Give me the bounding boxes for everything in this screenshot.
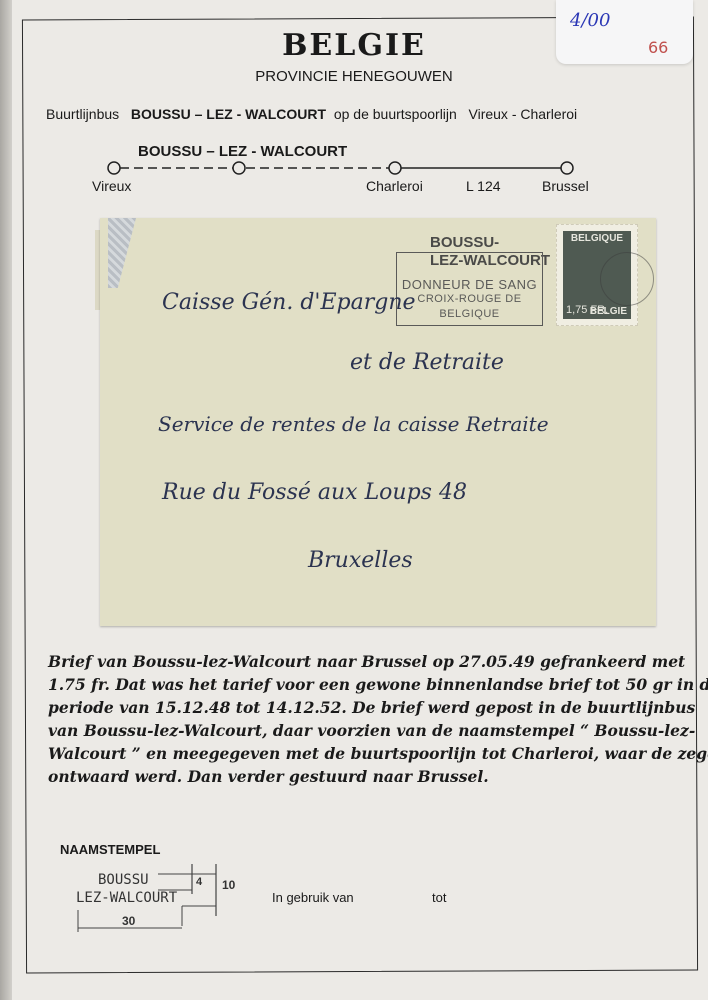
dim-height-small: 4 <box>196 876 202 888</box>
description-line: Walcourt ” en meegegeven met de buurtspo… <box>48 742 698 765</box>
album-binder-edge <box>0 0 12 1000</box>
slogan-line-2: CROIX-ROUGE DE BELGIQUE <box>397 292 542 322</box>
route-diagram <box>100 158 580 178</box>
address-line-1: Caisse Gén. d'Epargne <box>162 290 416 315</box>
line-label: L 124 <box>466 178 501 194</box>
dim-width: 30 <box>122 914 135 928</box>
address-line-4: Rue du Fossé aux Loups 48 <box>162 480 467 505</box>
page-title: BELGIE <box>0 28 708 63</box>
stamp-country-top: BELGIQUE <box>563 233 631 244</box>
slogan-line-1: DONNEUR DE SANG <box>397 277 542 292</box>
station-charleroi: Charleroi <box>366 178 423 194</box>
route-middle: op de buurtspoorlijn <box>334 106 457 122</box>
dim-height-total: 10 <box>222 878 235 892</box>
route-description: Buurtlijnbus BOUSSU – LEZ - WALCOURT op … <box>46 106 577 122</box>
station-vireux: Vireux <box>92 178 131 194</box>
description-line: Brief van Boussu-lez-Walcourt naar Bruss… <box>48 650 698 673</box>
circular-postmark <box>600 252 654 306</box>
description-line: periode van 15.12.48 tot 14.12.52. De br… <box>48 696 698 719</box>
until-label: tot <box>432 890 446 905</box>
description-text: Brief van Boussu-lez-Walcourt naar Bruss… <box>48 650 698 788</box>
address-line-2: et de Retraite <box>350 350 504 375</box>
naamstempel-diagram: BOUSSU LEZ-WALCOURT 4 10 30 <box>76 860 246 935</box>
dimension-lines <box>76 860 246 935</box>
cancel-town-line-1: BOUSSU- <box>430 234 550 252</box>
description-line: 1.75 fr. Dat was het tarief voor een gew… <box>48 673 698 696</box>
stamp-country-bottom: BELGIE <box>563 306 631 317</box>
in-use-label: In gebruik van <box>272 890 354 905</box>
address-line-3: Service de rentes de la caisse Retraite <box>158 412 549 436</box>
page-subtitle: PROVINCIE HENEGOUWEN <box>0 68 708 85</box>
description-line: ontwaard werd. Dan verder gestuurd naar … <box>48 765 698 788</box>
address-line-5: Bruxelles <box>308 548 413 573</box>
description-line: van Boussu-lez-Walcourt, daar voorzien v… <box>48 719 698 742</box>
route-endpoints: Vireux - Charleroi <box>469 106 578 122</box>
naamstempel-heading: NAAMSTEMPEL <box>60 842 160 857</box>
route-prefix: Buurtlijnbus <box>46 106 119 122</box>
slogan-cancel: DONNEUR DE SANG CROIX-ROUGE DE BELGIQUE <box>396 252 543 326</box>
station-brussel: Brussel <box>542 178 589 194</box>
route-name: BOUSSU – LEZ - WALCOURT <box>131 106 326 122</box>
